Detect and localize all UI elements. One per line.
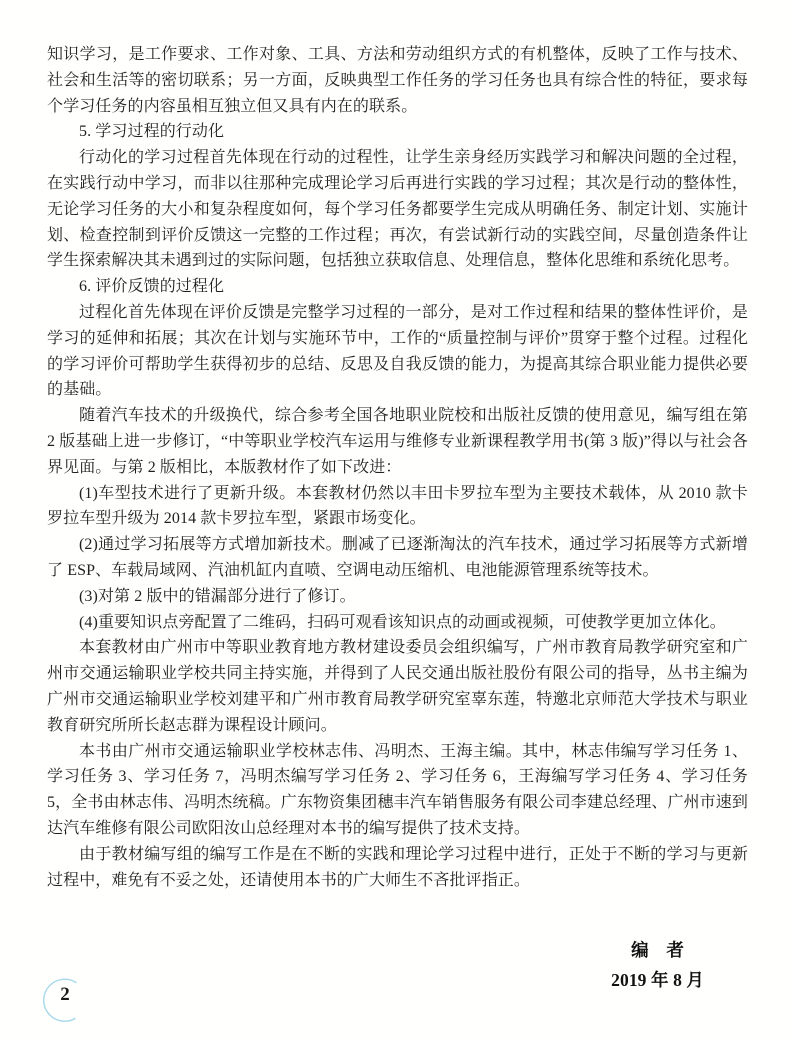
paragraph: 知识学习，是工作要求、工作对象、工具、方法和劳动组织方式的有机整体，反映了工作与… — [47, 42, 748, 119]
paragraph: 本套教材由广州市中等职业教育地方教材建设委员会组织编写，广州市教育局教学研究室和… — [47, 635, 748, 738]
paragraph: (4)重要知识点旁配置了二维码，扫码可观看该知识点的动画或视频，可使教学更加立体… — [47, 610, 748, 636]
paragraph: (3)对第 2 版中的错漏部分进行了修订。 — [47, 584, 748, 610]
paragraph: 过程化首先体现在评价反馈是完整学习过程的一部分，是对工作过程和结果的整体性评价，… — [47, 300, 748, 403]
signature-date: 2019 年 8 月 — [611, 965, 704, 995]
paragraph: (2)通过学习拓展等方式增加新技术。删减了已逐渐淘汰的汽车技术，通过学习拓展等方… — [47, 532, 748, 584]
signature-block: 编 者 2019 年 8 月 — [47, 935, 748, 995]
paragraph: 行动化的学习过程首先体现在行动的过程性，让学生亲身经历实践学习和解决问题的全过程… — [47, 145, 748, 274]
section-heading: 5. 学习过程的行动化 — [47, 119, 748, 145]
section-heading: 6. 评价反馈的过程化 — [47, 274, 748, 300]
paragraph: 随着汽车技术的升级换代，综合参考全国各地职业院校和出版社反馈的使用意见，编写组在… — [47, 403, 748, 480]
preface-content: 知识学习，是工作要求、工作对象、工具、方法和劳动组织方式的有机整体，反映了工作与… — [47, 42, 748, 995]
page-number: 2 — [57, 984, 73, 1006]
document-page: 知识学习，是工作要求、工作对象、工具、方法和劳动组织方式的有机整体，反映了工作与… — [0, 0, 790, 1043]
preface-body: 知识学习，是工作要求、工作对象、工具、方法和劳动组织方式的有机整体，反映了工作与… — [47, 42, 748, 893]
paragraph: (1)车型技术进行了更新升级。本套教材仍然以丰田卡罗拉车型为主要技术载体，从 2… — [47, 481, 748, 533]
page-footer: 2 — [40, 976, 88, 1024]
paragraph: 由于教材编写组的编写工作是在不断的实践和理论学习过程中进行，正处于不断的学习与更… — [47, 842, 748, 894]
signature-author: 编 者 — [611, 935, 704, 965]
paragraph: 本书由广州市交通运输职业学校林志伟、冯明杰、王海主编。其中，林志伟编写学习任务 … — [47, 739, 748, 842]
